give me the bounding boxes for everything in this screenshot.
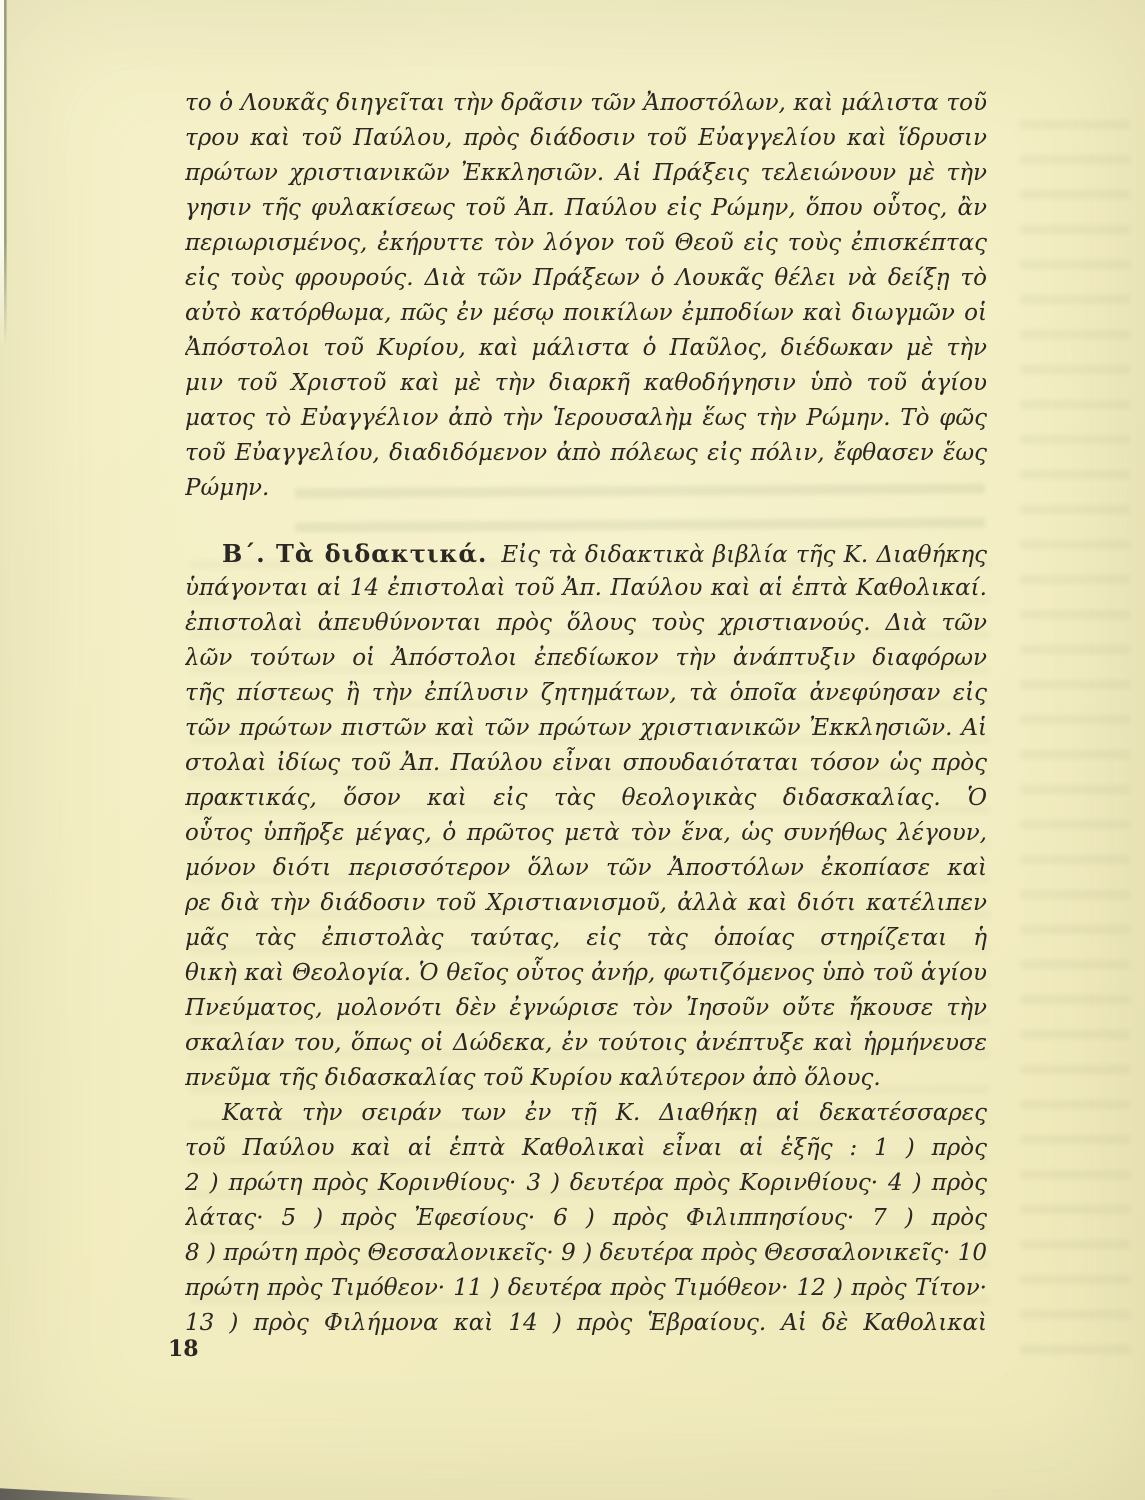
text-line: μᾶς τὰς ἐπιστολὰς ταύτας, εἰς τὰς ὁποίας… xyxy=(185,921,987,956)
text-line: 13 ) πρὸς Φιλήμονα καὶ 14 ) πρὸς Ἑβραίου… xyxy=(185,1306,987,1341)
text-line: λάτας· 5 ) πρὸς Ἐφεσίους· 6 ) πρὸς Φιλιπ… xyxy=(185,1201,987,1236)
text-line: πρακτικάς, ὅσον καὶ εἰς τὰς θεολογικὰς δ… xyxy=(185,781,987,816)
text-line: 2 ) πρώτη πρὸς Κορινθίους· 3 ) δευτέρα π… xyxy=(185,1166,987,1201)
text-line: Β΄. Τὰ διδακτικά.Εἰς τὰ διδακτικὰ βιβλία… xyxy=(185,536,987,571)
text-line: Κατὰ τὴν σειράν των ἐν τῇ Κ. Διαθήκῃ αἱ … xyxy=(185,1096,987,1131)
text-line: τοῦ Εὐαγγελίου, διαδιδόμενον ἀπὸ πόλεως … xyxy=(185,436,987,471)
text-line: πνεῦμα τῆς διδασκαλίας τοῦ Κυρίου καλύτε… xyxy=(185,1061,987,1096)
text-line: τοῦ Παύλου καὶ αἱ ἑπτὰ Καθολικαὶ εἶναι α… xyxy=(185,1131,987,1166)
text-line-rest: Εἰς τὰ διδακτικὰ βιβλία τῆς Κ. Διαθήκης xyxy=(501,542,987,568)
page-bottom-edge xyxy=(0,1487,195,1500)
text-line: το ὁ Λουκᾶς διηγεῖται τὴν δρᾶσιν τῶν Ἀπο… xyxy=(185,86,987,121)
page-number: 18 xyxy=(168,1336,199,1362)
text-line: τρου καὶ τοῦ Παύλου, πρὸς διάδοσιν τοῦ Ε… xyxy=(185,121,987,156)
text-line: πρώτων χριστιανικῶν Ἐκκλησιῶν. Αἱ Πράξει… xyxy=(185,156,987,191)
page-text: το ὁ Λουκᾶς διηγεῖται τὴν δρᾶσιν τῶν Ἀπο… xyxy=(185,86,987,1341)
text-line: οὗτος ὑπῆρξε μέγας, ὁ πρῶτος μετὰ τὸν ἕν… xyxy=(185,816,987,851)
text-line: ματος τὸ Εὐαγγέλιον ἀπὸ τὴν Ἱερουσαλὴμ ἕ… xyxy=(185,401,987,436)
text-line: Ἀπόστολοι τοῦ Κυρίου, καὶ μάλιστα ὁ Παῦλ… xyxy=(185,331,987,366)
text-line: γησιν τῆς φυλακίσεως τοῦ Ἀπ. Παύλου εἰς … xyxy=(185,191,987,226)
book-page: το ὁ Λουκᾶς διηγεῖται τὴν δρᾶσιν τῶν Ἀπο… xyxy=(0,0,1145,1500)
text-line: στολαὶ ἰδίως τοῦ Ἀπ. Παύλου εἶναι σπουδα… xyxy=(185,746,987,781)
text-line: Πνεύματος, μολονότι δὲν ἐγνώρισε τὸν Ἰησ… xyxy=(185,991,987,1026)
section-heading-didactic: Β΄. Τὰ διδακτικά. xyxy=(222,539,487,568)
text-line: αὐτὸ κατόρθωμα, πῶς ἐν μέσῳ ποικίλων ἐμπ… xyxy=(185,296,987,331)
text-line: εἰς τοὺς φρουρούς. Διὰ τῶν Πράξεων ὁ Λου… xyxy=(185,261,987,296)
text-line: θικὴ καὶ Θεολογία. Ὁ θεῖος οὗτος ἀνήρ, φ… xyxy=(185,956,987,991)
text-line: σκαλίαν του, ὅπως οἱ Δώδεκα, ἐν τούτοις … xyxy=(185,1026,987,1061)
text-line: ρε διὰ τὴν διάδοσιν τοῦ Χριστιανισμοῦ, ἀ… xyxy=(185,886,987,921)
text-line: πρώτη πρὸς Τιμόθεον· 11 ) δευτέρα πρὸς Τ… xyxy=(185,1271,987,1306)
show-through-smudge xyxy=(1020,120,1130,1370)
text-line: μιν τοῦ Χριστοῦ καὶ μὲ τὴν διαρκῆ καθοδή… xyxy=(185,366,987,401)
text-line: μόνον διότι περισσότερον ὅλων τῶν Ἀποστό… xyxy=(185,851,987,886)
text-line: 8 ) πρώτη πρὸς Θεσσαλονικεῖς· 9 ) δευτέρ… xyxy=(185,1236,987,1271)
paragraph-epistles-list: Κατὰ τὴν σειράν των ἐν τῇ Κ. Διαθήκῃ αἱ … xyxy=(185,1096,987,1341)
text-line: περιωρισμένος, ἐκήρυττε τὸν λόγον τοῦ Θε… xyxy=(185,226,987,261)
text-line: τῆς πίστεως ἢ τὴν ἐπίλυσιν ζητημάτων, τὰ… xyxy=(185,676,987,711)
text-line: τῶν πρώτων πιστῶν καὶ τῶν πρώτων χριστια… xyxy=(185,711,987,746)
page-left-edge xyxy=(0,0,8,345)
text-line: ἐπιστολαὶ ἀπευθύνονται πρὸς ὅλους τοὺς χ… xyxy=(185,606,987,641)
text-line: ὑπάγονται αἱ 14 ἐπιστολαὶ τοῦ Ἀπ. Παύλου… xyxy=(185,571,987,606)
text-line: λῶν τούτων οἱ Ἀπόστολοι ἐπεδίωκον τὴν ἀν… xyxy=(185,641,987,676)
paragraph-acts-of-apostles: το ὁ Λουκᾶς διηγεῖται τὴν δρᾶσιν τῶν Ἀπο… xyxy=(185,86,987,506)
paragraph-didactic-books: Β΄. Τὰ διδακτικά.Εἰς τὰ διδακτικὰ βιβλία… xyxy=(185,536,987,1096)
text-line: Ρώμην. xyxy=(185,471,987,506)
